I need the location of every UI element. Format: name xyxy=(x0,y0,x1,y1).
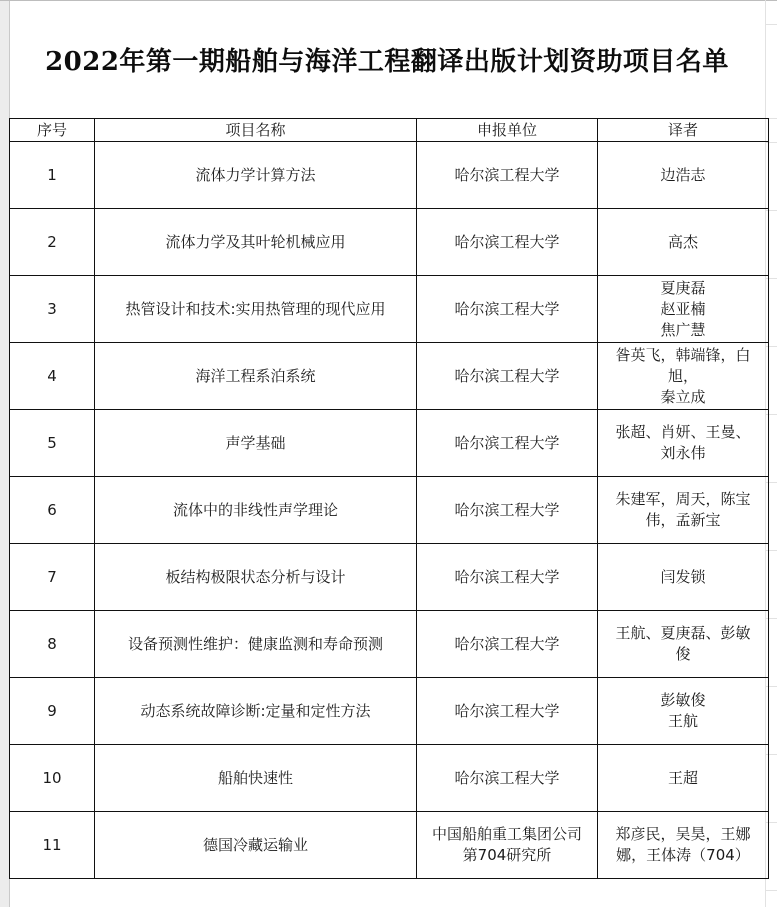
translator-line: 王超 xyxy=(602,768,764,789)
cell-serial-no[interactable]: 5 xyxy=(10,410,95,477)
funded-projects-table: 序号 项目名称 申报单位 译者 1流体力学计算方法哈尔滨工程大学边浩志2流体力学… xyxy=(9,118,769,879)
cell-translators[interactable]: 郑彦民，吴昊，王娜娜，王体涛（704） xyxy=(598,812,769,879)
table-row: 1流体力学计算方法哈尔滨工程大学边浩志 xyxy=(10,142,769,209)
cell-applicant-unit[interactable]: 哈尔滨工程大学 xyxy=(417,611,598,678)
table-row: 3热管设计和技术:实用热管理的现代应用哈尔滨工程大学夏庚磊赵亚楠焦广慧 xyxy=(10,276,769,343)
translator-line: 闫发锁 xyxy=(602,567,764,588)
unit-line: 哈尔滨工程大学 xyxy=(421,567,593,588)
translator-line: 高杰 xyxy=(602,232,764,253)
translator-line: 王航 xyxy=(602,711,764,732)
cell-serial-no[interactable]: 1 xyxy=(10,142,95,209)
cell-serial-no[interactable]: 8 xyxy=(10,611,95,678)
cell-serial-no[interactable]: 3 xyxy=(10,276,95,343)
cell-serial-no[interactable]: 4 xyxy=(10,343,95,410)
cell-applicant-unit[interactable]: 哈尔滨工程大学 xyxy=(417,544,598,611)
table-row: 4海洋工程系泊系统哈尔滨工程大学昝英飞，韩端锋，白旭，秦立成 xyxy=(10,343,769,410)
cell-applicant-unit[interactable]: 哈尔滨工程大学 xyxy=(417,678,598,745)
cell-project-name[interactable]: 德国冷藏运输业 xyxy=(95,812,417,879)
cell-applicant-unit[interactable]: 哈尔滨工程大学 xyxy=(417,410,598,477)
translator-line: 赵亚楠 xyxy=(602,299,764,320)
cell-translators[interactable]: 朱建军，周天，陈宝伟，孟新宝 xyxy=(598,477,769,544)
cell-serial-no[interactable]: 11 xyxy=(10,812,95,879)
unit-line: 第704研究所 xyxy=(421,845,593,866)
header-applicant-unit[interactable]: 申报单位 xyxy=(417,119,598,142)
cell-project-name[interactable]: 设备预测性维护：健康监测和寿命预测 xyxy=(95,611,417,678)
cell-applicant-unit[interactable]: 哈尔滨工程大学 xyxy=(417,343,598,410)
unit-line: 哈尔滨工程大学 xyxy=(421,165,593,186)
translator-line: 朱建军，周天，陈宝 xyxy=(602,489,764,510)
cell-applicant-unit[interactable]: 哈尔滨工程大学 xyxy=(417,142,598,209)
cell-project-name[interactable]: 海洋工程系泊系统 xyxy=(95,343,417,410)
translator-line: 昝英飞，韩端锋，白 xyxy=(602,345,764,366)
table-row: 11德国冷藏运输业中国船舶重工集团公司第704研究所郑彦民，吴昊，王娜娜，王体涛… xyxy=(10,812,769,879)
translator-line: 秦立成 xyxy=(602,387,764,408)
translator-line: 边浩志 xyxy=(602,165,764,186)
cell-translators[interactable]: 张超、肖妍、王曼、刘永伟 xyxy=(598,410,769,477)
cell-project-name[interactable]: 流体力学及其叶轮机械应用 xyxy=(95,209,417,276)
translator-line: 伟，孟新宝 xyxy=(602,510,764,531)
cell-project-name[interactable]: 船舶快速性 xyxy=(95,745,417,812)
translator-line: 娜，王体涛（704） xyxy=(602,845,764,866)
table-row: 10船舶快速性哈尔滨工程大学王超 xyxy=(10,745,769,812)
cell-applicant-unit[interactable]: 哈尔滨工程大学 xyxy=(417,477,598,544)
translator-line: 刘永伟 xyxy=(602,443,764,464)
cell-translators[interactable]: 昝英飞，韩端锋，白旭，秦立成 xyxy=(598,343,769,410)
unit-line: 哈尔滨工程大学 xyxy=(421,701,593,722)
cell-project-name[interactable]: 流体力学计算方法 xyxy=(95,142,417,209)
translator-line: 王航、夏庚磊、彭敏 xyxy=(602,623,764,644)
table-header-row: 序号 项目名称 申报单位 译者 xyxy=(10,119,769,142)
translator-line: 俊 xyxy=(602,644,764,665)
table-row: 2流体力学及其叶轮机械应用哈尔滨工程大学高杰 xyxy=(10,209,769,276)
header-translators[interactable]: 译者 xyxy=(598,119,769,142)
cell-project-name[interactable]: 热管设计和技术:实用热管理的现代应用 xyxy=(95,276,417,343)
cell-applicant-unit[interactable]: 中国船舶重工集团公司第704研究所 xyxy=(417,812,598,879)
unit-line: 中国船舶重工集团公司 xyxy=(421,824,593,845)
cell-serial-no[interactable]: 9 xyxy=(10,678,95,745)
unit-line: 哈尔滨工程大学 xyxy=(421,366,593,387)
unit-line: 哈尔滨工程大学 xyxy=(421,500,593,521)
translator-line: 旭， xyxy=(602,366,764,387)
table-row: 5声学基础哈尔滨工程大学张超、肖妍、王曼、刘永伟 xyxy=(10,410,769,477)
cell-translators[interactable]: 王航、夏庚磊、彭敏俊 xyxy=(598,611,769,678)
table-row: 9动态系统故障诊断:定量和定性方法哈尔滨工程大学彭敏俊王航 xyxy=(10,678,769,745)
cell-translators[interactable]: 彭敏俊王航 xyxy=(598,678,769,745)
cell-translators[interactable]: 边浩志 xyxy=(598,142,769,209)
sheet-gridline xyxy=(765,890,777,891)
translator-line: 彭敏俊 xyxy=(602,690,764,711)
translator-line: 张超、肖妍、王曼、 xyxy=(602,422,764,443)
header-serial-no[interactable]: 序号 xyxy=(10,119,95,142)
cell-serial-no[interactable]: 7 xyxy=(10,544,95,611)
cell-translators[interactable]: 高杰 xyxy=(598,209,769,276)
cell-project-name[interactable]: 动态系统故障诊断:定量和定性方法 xyxy=(95,678,417,745)
cell-applicant-unit[interactable]: 哈尔滨工程大学 xyxy=(417,276,598,343)
cell-project-name[interactable]: 流体中的非线性声学理论 xyxy=(95,477,417,544)
cell-applicant-unit[interactable]: 哈尔滨工程大学 xyxy=(417,745,598,812)
document-title[interactable]: 2022年第一期船舶与海洋工程翻译出版计划资助项目名单 xyxy=(10,0,764,118)
unit-line: 哈尔滨工程大学 xyxy=(421,232,593,253)
cell-project-name[interactable]: 声学基础 xyxy=(95,410,417,477)
translator-line: 焦广慧 xyxy=(602,320,764,341)
header-project-name[interactable]: 项目名称 xyxy=(95,119,417,142)
table-row: 7板结构极限状态分析与设计哈尔滨工程大学闫发锁 xyxy=(10,544,769,611)
unit-line: 哈尔滨工程大学 xyxy=(421,433,593,454)
unit-line: 哈尔滨工程大学 xyxy=(421,634,593,655)
table-row: 6流体中的非线性声学理论哈尔滨工程大学朱建军，周天，陈宝伟，孟新宝 xyxy=(10,477,769,544)
cell-applicant-unit[interactable]: 哈尔滨工程大学 xyxy=(417,209,598,276)
sheet-gridline xyxy=(765,24,777,25)
table-row: 8设备预测性维护：健康监测和寿命预测哈尔滨工程大学王航、夏庚磊、彭敏俊 xyxy=(10,611,769,678)
cell-serial-no[interactable]: 6 xyxy=(10,477,95,544)
unit-line: 哈尔滨工程大学 xyxy=(421,768,593,789)
unit-line: 哈尔滨工程大学 xyxy=(421,299,593,320)
translator-line: 夏庚磊 xyxy=(602,278,764,299)
cell-serial-no[interactable]: 2 xyxy=(10,209,95,276)
cell-translators[interactable]: 闫发锁 xyxy=(598,544,769,611)
translator-line: 郑彦民，吴昊，王娜 xyxy=(602,824,764,845)
cell-translators[interactable]: 夏庚磊赵亚楠焦广慧 xyxy=(598,276,769,343)
cell-translators[interactable]: 王超 xyxy=(598,745,769,812)
cell-serial-no[interactable]: 10 xyxy=(10,745,95,812)
cell-project-name[interactable]: 板结构极限状态分析与设计 xyxy=(95,544,417,611)
